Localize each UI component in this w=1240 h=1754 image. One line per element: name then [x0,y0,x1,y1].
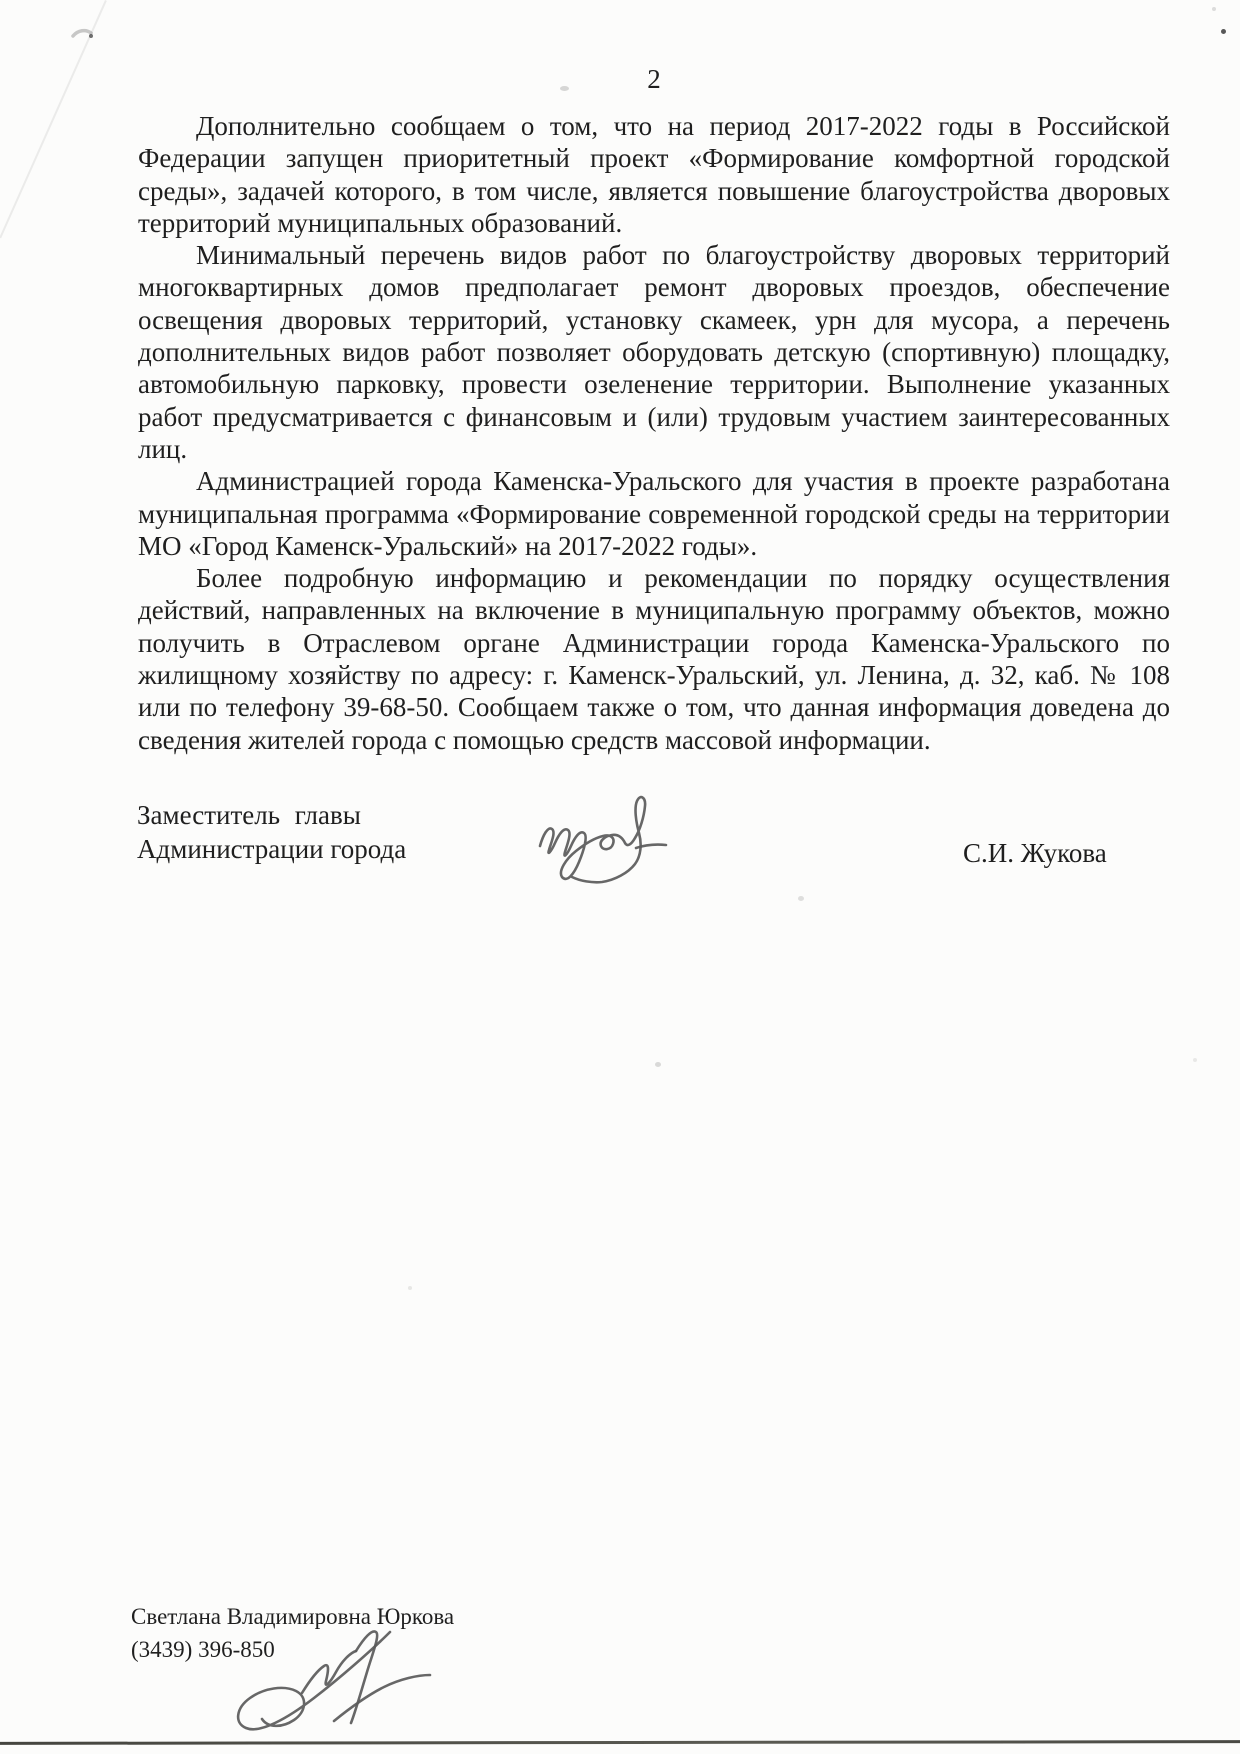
paragraph-priority-project: Дополнительно сообщаем о том, что на пер… [138,110,1170,239]
scan-speck [408,1286,412,1290]
letter-body: Дополнительно сообщаем о том, что на пер… [138,110,1170,756]
scan-speck [798,896,804,901]
scanned-letter-page: 2 Дополнительно сообщаем о том, что на п… [0,0,1240,1754]
scan-speck [1193,1058,1197,1062]
signer-position-line2: Администрации города [137,832,406,866]
page-number: 2 [138,64,1170,95]
scan-speck [1212,7,1216,11]
paragraph-municipal-program: Администрацией города Каменска-Уральског… [138,465,1170,562]
yurkova-signature [222,1622,437,1742]
scan-corner-smudge [70,26,96,44]
scan-speck [655,1062,661,1067]
scan-dot [1221,29,1226,34]
signer-position-line1: Заместитель главы [137,798,406,832]
zhukova-signature [532,790,672,890]
scan-bottom-edge [0,1740,1240,1745]
signer-position: Заместитель главы Администрации города [137,798,406,866]
paragraph-contact-info: Более подробную информацию и рекомендаци… [138,562,1170,756]
paragraph-minimal-works: Минимальный перечень видов работ по благ… [138,239,1170,465]
signer-name: С.И. Жукова [963,838,1107,869]
